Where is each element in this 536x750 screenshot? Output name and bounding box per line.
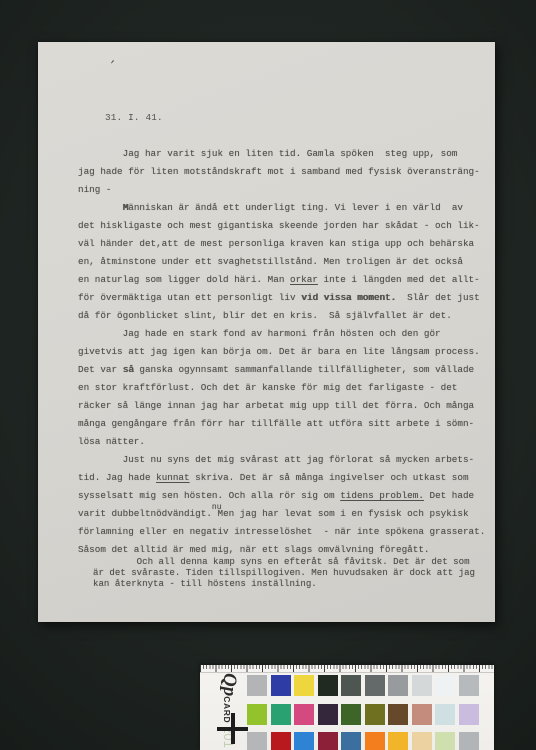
color-swatch-r2-c2 — [271, 704, 291, 725]
typed-line: Jag hade en stark fond av harmoni från h… — [78, 325, 485, 343]
color-swatch-r1-c3 — [294, 675, 314, 696]
stray-pen-mark: ’ — [106, 59, 116, 72]
color-swatch-r1-c4 — [318, 675, 338, 696]
typed-line: räcker så länge innan jag har arbetat mi… — [78, 397, 485, 415]
color-swatch-r3-c5 — [341, 732, 361, 750]
color-swatch-r2-c8 — [412, 704, 432, 725]
color-swatch-r3-c10 — [459, 732, 479, 750]
color-swatch-r2-c9 — [435, 704, 455, 725]
color-swatch-r2-c7 — [388, 704, 408, 725]
color-swatch-r3-c1 — [247, 732, 267, 750]
qpcard-color-calibration-card: QpCARD201 — [200, 665, 494, 750]
color-swatch-r1-c5 — [341, 675, 361, 696]
qpcard-logo-qp: Qp — [219, 673, 240, 696]
letter-body: Jag har varit sjuk en liten tid. Gamla s… — [78, 145, 485, 559]
typed-line: Och all denna kamp syns en efteråt så få… — [93, 556, 475, 567]
color-swatch-r2-c3 — [294, 704, 314, 725]
color-swatch-r3-c2 — [271, 732, 291, 750]
color-swatch-r3-c8 — [412, 732, 432, 750]
color-swatch-r1-c9 — [435, 675, 455, 696]
photograph-background: ’ 31. I. 41. Jag har varit sjuk en liten… — [0, 0, 536, 750]
typed-line: Det var så ganska ogynnsamt sammanfallan… — [78, 361, 485, 379]
color-swatch-r1-c7 — [388, 675, 408, 696]
typed-line: jag hade för liten motståndskraft mot i … — [78, 163, 485, 181]
color-swatch-r3-c3 — [294, 732, 314, 750]
color-swatch-r1-c10 — [459, 675, 479, 696]
typed-line: är det svåraste. Tiden tillspillogiven. … — [93, 567, 475, 578]
typed-line: ning - — [78, 181, 485, 199]
color-swatch-r3-c9 — [435, 732, 455, 750]
typed-line: för övermäktiga utan ett personligt liv … — [78, 289, 485, 307]
color-swatch-r1-c1 — [247, 675, 267, 696]
color-swatch-r1-c6 — [365, 675, 385, 696]
typed-line: sysselsatt mig sen hösten. Och alla rör … — [78, 487, 485, 505]
typed-line: väl händer det,att de mest personliga kr… — [78, 235, 485, 253]
typed-line: varit dubbeltnödvändigt.nu Men jag har l… — [78, 505, 485, 523]
typed-line: en stor kraftförlust. Och det är kanske … — [78, 379, 485, 397]
typed-line: många gengångare från förr har tillfälle… — [78, 415, 485, 433]
color-swatch-r2-c4 — [318, 704, 338, 725]
color-swatch-r2-c6 — [365, 704, 385, 725]
typed-line: en, åtminstone under ett svaghetstillstå… — [78, 253, 485, 271]
letter-closing: Och all denna kamp syns en efteråt så få… — [93, 556, 475, 589]
typed-line: lösa nätter. — [78, 433, 485, 451]
typed-line: en naturlag som ligger dold häri. Man or… — [78, 271, 485, 289]
color-swatch-r2-c1 — [247, 704, 267, 725]
color-swatch-r3-c6 — [365, 732, 385, 750]
typed-line: då för ögonblicket slint, blir det en kr… — [78, 307, 485, 325]
typed-line: kan återknyta - till höstens inställning… — [93, 578, 475, 589]
typed-line: förlamning eller en negativ intresselösh… — [78, 523, 485, 541]
date-line: 31. I. 41. — [105, 112, 163, 123]
color-swatch-grid — [247, 675, 479, 750]
color-swatch-r3-c4 — [318, 732, 338, 750]
typed-line: det hiskligaste och mest gigantiska skee… — [78, 217, 485, 235]
typewritten-page: ’ 31. I. 41. Jag har varit sjuk en liten… — [38, 42, 495, 622]
ruler-tick-strip — [200, 665, 494, 673]
registration-cross-icon — [217, 713, 248, 744]
typed-line: Människan är ändå ett underligt ting. Vi… — [78, 199, 485, 217]
typed-line: givetvis att jag igen kan börja om. Det … — [78, 343, 485, 361]
typed-line: Just nu syns det mig svårast att jag för… — [78, 451, 485, 469]
color-swatch-r3-c7 — [388, 732, 408, 750]
color-swatch-r1-c8 — [412, 675, 432, 696]
color-swatch-r2-c5 — [341, 704, 361, 725]
color-swatch-r2-c10 — [459, 704, 479, 725]
typed-line: Jag har varit sjuk en liten tid. Gamla s… — [78, 145, 485, 163]
typed-line: tid. Jag hade kunnat skriva. Det är så m… — [78, 469, 485, 487]
color-swatch-r1-c2 — [271, 675, 291, 696]
